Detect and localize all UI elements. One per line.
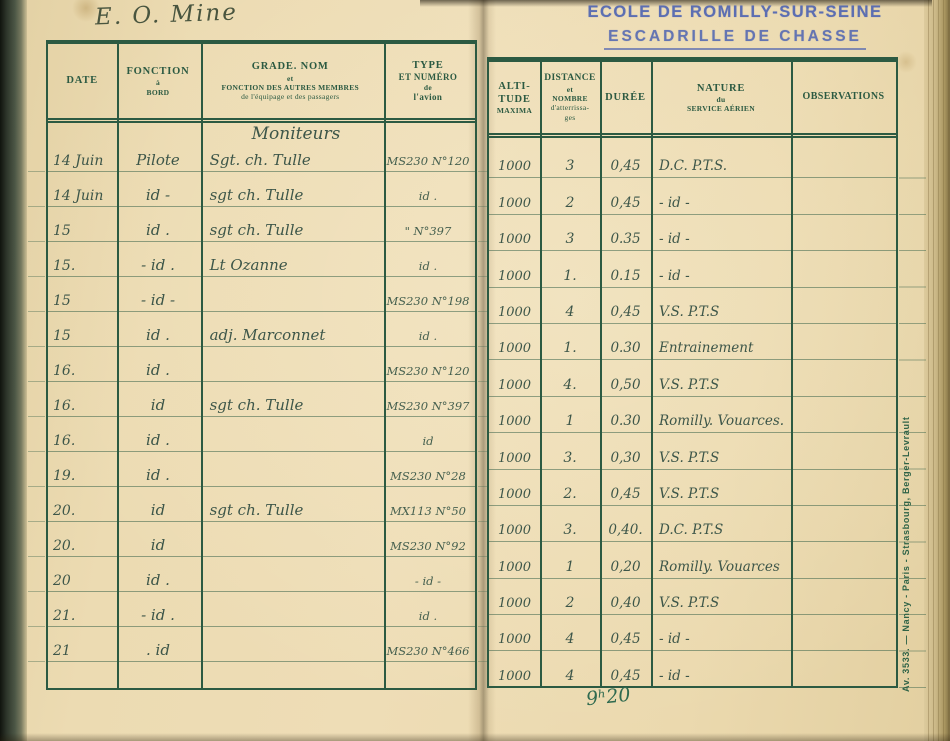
table-row: 1000 2. 0,45 V.S. P.T.S (489, 470, 896, 506)
table-row: 15 - id - MS230 N°198 (48, 277, 475, 312)
cell-nature: D.C. P.T.S (651, 522, 791, 541)
cell-date: 21 (48, 643, 116, 661)
header-grade-nom: GRADE. NOM et FONCTION DES AUTRES MEMBRE… (200, 44, 381, 118)
cell-fonction: id . (116, 571, 199, 591)
cell-duree: 0,45 (600, 486, 651, 505)
cell-altitude: 1000 (489, 378, 540, 396)
table-row: 15. - id . Lt Ozanne id . (48, 242, 475, 277)
cell-distance: 2 (540, 595, 600, 614)
cell-fonction: id . (116, 221, 199, 241)
cell-type-avion: id . (381, 329, 475, 346)
cell-duree: 0,50 (600, 377, 651, 396)
cell-nature: V.S. P.T.S (651, 450, 791, 469)
table-row: 20 id . - id - (48, 557, 475, 592)
cell-date: 14 Juin (48, 188, 116, 206)
cell-duree: 0,40. (600, 522, 651, 541)
cell-distance: 1 (540, 413, 600, 432)
cell-altitude: 1000 (489, 341, 540, 359)
cell-fonction: id - (116, 186, 199, 206)
table-row: 16. id sgt ch. Tulle MS230 N°397 (48, 382, 475, 417)
table-row: 1000 1 0,20 Romilly. Vouarces (489, 542, 896, 578)
cell-distance: 3. (540, 522, 600, 541)
cell-distance: 2. (540, 486, 600, 505)
cell-fonction: Pilote (116, 151, 199, 171)
cell-duree: 0,40 (600, 595, 651, 614)
cell-grade-nom (200, 309, 381, 311)
printer-imprint: Av. 3533. — Nancy - Paris - Strasbourg, … (901, 280, 911, 692)
table-row: 1000 4 0,45 - id - (489, 651, 896, 687)
cell-date: 15 (48, 328, 116, 346)
cell-date: 15 (48, 223, 116, 241)
cell-grade-nom (200, 589, 381, 591)
table-row: 21. - id . id . (48, 592, 475, 627)
table-row: 1000 3 0.35 - id - (489, 215, 896, 251)
cell-fonction: id . (116, 431, 199, 451)
right-table-rows: 1000 3 0,45 D.C. P.T.S. 1000 2 0,45 - id… (489, 138, 896, 686)
cell-duree: 0,30 (600, 450, 651, 469)
cell-nature: V.S. P.T.S (651, 304, 791, 323)
table-row: 1000 1 0.30 Romilly. Vouarces. (489, 397, 896, 433)
cell-altitude: 1000 (489, 232, 540, 250)
table-row: 15 id . sgt ch. Tulle " N°397 (48, 207, 475, 242)
header-type-avion: TYPE ET NUMÉRO de l'avion (381, 44, 475, 118)
cell-nature: Romilly. Vouarces (651, 559, 791, 578)
cell-distance: 4. (540, 377, 600, 396)
table-row: 14 Juin id - sgt ch. Tulle id . (48, 172, 475, 207)
cell-type-avion: " N°397 (381, 224, 475, 241)
cell-duree: 0.15 (600, 268, 651, 287)
cell-nature: Entrainement (651, 340, 791, 359)
header-nature: NATURE du SERVICE AÉRIEN (651, 62, 791, 133)
cell-fonction: id (116, 396, 199, 416)
cell-altitude: 1000 (489, 159, 540, 177)
header-altitude: ALTI- TUDE MAXIMA (489, 62, 540, 133)
cell-distance: 1. (540, 340, 600, 359)
cell-grade-nom: Sgt. ch. Tulle (200, 151, 381, 171)
cell-fonction: id . (116, 466, 199, 486)
cell-nature: Romilly. Vouarces. (651, 413, 791, 432)
table-row: 1000 3 0,45 D.C. P.T.S. (489, 142, 896, 178)
cell-distance: 4 (540, 304, 600, 323)
table-row: 21 . id MS230 N°466 (48, 627, 475, 662)
cell-grade-nom: Lt Ozanne (200, 256, 381, 276)
cell-nature: V.S. P.T.S (651, 377, 791, 396)
cell-date: 16. (48, 363, 116, 381)
flight-log-table-right: ALTI- TUDE MAXIMA DISTANCE et NOMBRE d'a… (487, 57, 898, 688)
cell-grade-nom: sgt ch. Tulle (200, 501, 381, 521)
cell-type-avion: MS230 N°28 (381, 469, 475, 486)
cell-fonction: . id (116, 641, 199, 661)
cell-type-avion: id (381, 434, 475, 451)
cell-date: 21. (48, 608, 116, 626)
cell-grade-nom (200, 554, 381, 556)
right-table-header: ALTI- TUDE MAXIMA DISTANCE et NOMBRE d'a… (489, 62, 896, 138)
cell-fonction: - id . (116, 256, 199, 276)
cell-altitude: 1000 (489, 451, 540, 469)
cell-grade-nom: sgt ch. Tulle (200, 221, 381, 241)
cell-type-avion: MS230 N°397 (381, 399, 475, 416)
cell-date: 14 Juin (48, 153, 116, 171)
flight-log-table-left: DATE FONCTION à BORD GRADE. NOM et FONCT… (46, 40, 477, 690)
header-observations: OBSERVATIONS (791, 62, 896, 133)
table-row: 1000 2 0,40 V.S. P.T.S (489, 579, 896, 615)
cell-altitude: 1000 (489, 523, 540, 541)
header-distance: DISTANCE et NOMBRE d'atterrissa- ges (540, 62, 600, 133)
cell-type-avion: MS230 N°198 (381, 294, 475, 311)
cell-duree: 0,20 (600, 559, 651, 578)
cell-date: 15. (48, 258, 116, 276)
left-table-rows: 14 Juin Pilote Sgt. ch. Tulle MS230 N°12… (48, 123, 475, 688)
page-fore-edge (924, 0, 950, 741)
table-row: 1000 1. 0.30 Entrainement (489, 324, 896, 360)
cell-date: 20 (48, 573, 116, 591)
stamp-squadron-name: ESCADRILLE DE CHASSE (604, 28, 866, 50)
cell-date: 19. (48, 468, 116, 486)
cell-grade-nom (200, 379, 381, 381)
cell-fonction: id (116, 501, 199, 521)
cell-duree: 0.35 (600, 231, 651, 250)
cell-duree: 0,45 (600, 195, 651, 214)
cell-altitude: 1000 (489, 305, 540, 323)
stamp-school-name: ECOLE DE ROMILLY-SUR-SEINE (555, 3, 915, 22)
cell-type-avion: MS230 N°120 (381, 154, 475, 171)
cell-distance: 1 (540, 559, 600, 578)
cell-grade-nom: sgt ch. Tulle (200, 396, 381, 416)
left-table-header: DATE FONCTION à BORD GRADE. NOM et FONCT… (48, 44, 475, 123)
cell-distance: 4 (540, 631, 600, 650)
cell-duree: 0.30 (600, 413, 651, 432)
table-row: 1000 4 0,45 V.S. P.T.S (489, 288, 896, 324)
table-row: 1000 4. 0,50 V.S. P.T.S (489, 360, 896, 396)
cell-fonction: - id - (116, 291, 199, 311)
cell-nature: V.S. P.T.S (651, 486, 791, 505)
cell-fonction: id . (116, 361, 199, 381)
table-row: 1000 3. 0,30 V.S. P.T.S (489, 433, 896, 469)
cell-altitude: 1000 (489, 269, 540, 287)
cell-fonction: - id . (116, 606, 199, 626)
cell-type-avion: id . (381, 259, 475, 276)
cell-altitude: 1000 (489, 632, 540, 650)
cell-nature: - id - (651, 268, 791, 287)
cell-nature: V.S. P.T.S (651, 595, 791, 614)
cell-fonction: id . (116, 326, 199, 346)
cell-duree: 0,45 (600, 631, 651, 650)
cell-grade-nom (200, 449, 381, 451)
cell-duree: 0,45 (600, 158, 651, 177)
cell-date: 16. (48, 433, 116, 451)
cell-type-avion: MS230 N°466 (381, 644, 475, 661)
table-row: 1000 1. 0.15 - id - (489, 251, 896, 287)
book-cover-edge (0, 0, 27, 741)
cell-grade-nom: adj. Marconnet (200, 326, 381, 346)
cell-altitude: 1000 (489, 487, 540, 505)
cell-type-avion: MS230 N°92 (381, 539, 475, 556)
cell-duree: 0.30 (600, 340, 651, 359)
table-row: 1000 2 0,45 - id - (489, 178, 896, 214)
cell-type-avion: MX113 N°50 (381, 504, 475, 521)
cell-distance: 3 (540, 231, 600, 250)
cell-date: 20. (48, 503, 116, 521)
cell-distance: 1. (540, 268, 600, 287)
table-row: 20. id sgt ch. Tulle MX113 N°50 (48, 487, 475, 522)
cell-duree: 0,45 (600, 304, 651, 323)
cell-distance: 4 (540, 668, 600, 687)
cell-grade-nom (200, 484, 381, 486)
cell-nature: - id - (651, 631, 791, 650)
cell-distance: 3 (540, 158, 600, 177)
table-row: 15 id . adj. Marconnet id . (48, 312, 475, 347)
cell-type-avion: MS230 N°120 (381, 364, 475, 381)
handwritten-total-time: 9ʰ20 (585, 684, 632, 711)
header-duree: DURÉE (600, 62, 651, 133)
header-date: DATE (48, 44, 116, 118)
cell-type-avion: id . (381, 189, 475, 206)
cell-nature: - id - (651, 195, 791, 214)
unit-stamp: ECOLE DE ROMILLY-SUR-SEINE ESCADRILLE DE… (555, 3, 915, 50)
cell-type-avion: - id - (381, 574, 475, 591)
cell-altitude: 1000 (489, 596, 540, 614)
table-row: 16. id . id (48, 417, 475, 452)
table-row: 1000 4 0,45 - id - (489, 615, 896, 651)
cell-altitude: 1000 (489, 669, 540, 687)
cell-distance: 3. (540, 450, 600, 469)
cell-altitude: 1000 (489, 560, 540, 578)
cell-nature: - id - (651, 668, 791, 687)
cell-date: 16. (48, 398, 116, 416)
table-row: 20. id MS230 N°92 (48, 522, 475, 557)
table-row: 16. id . MS230 N°120 (48, 347, 475, 382)
cell-nature: D.C. P.T.S. (651, 158, 791, 177)
cell-grade-nom: sgt ch. Tulle (200, 186, 381, 206)
cell-grade-nom (200, 624, 381, 626)
cell-distance: 2 (540, 195, 600, 214)
cell-date: 15 (48, 293, 116, 311)
table-row: 19. id . MS230 N°28 (48, 452, 475, 487)
table-row: 1000 3. 0,40. D.C. P.T.S (489, 506, 896, 542)
cell-type-avion: id . (381, 609, 475, 626)
bottom-edge-shadow (0, 733, 950, 741)
cell-altitude: 1000 (489, 196, 540, 214)
table-row: 14 Juin Pilote Sgt. ch. Tulle MS230 N°12… (48, 137, 475, 172)
cell-date: 20. (48, 538, 116, 556)
header-fonction: FONCTION à BORD (116, 44, 199, 118)
cell-fonction: id (116, 536, 199, 556)
cell-grade-nom (200, 659, 381, 661)
cell-altitude: 1000 (489, 414, 540, 432)
cell-nature: - id - (651, 231, 791, 250)
owner-signature: E. O. Mine (95, 0, 239, 30)
